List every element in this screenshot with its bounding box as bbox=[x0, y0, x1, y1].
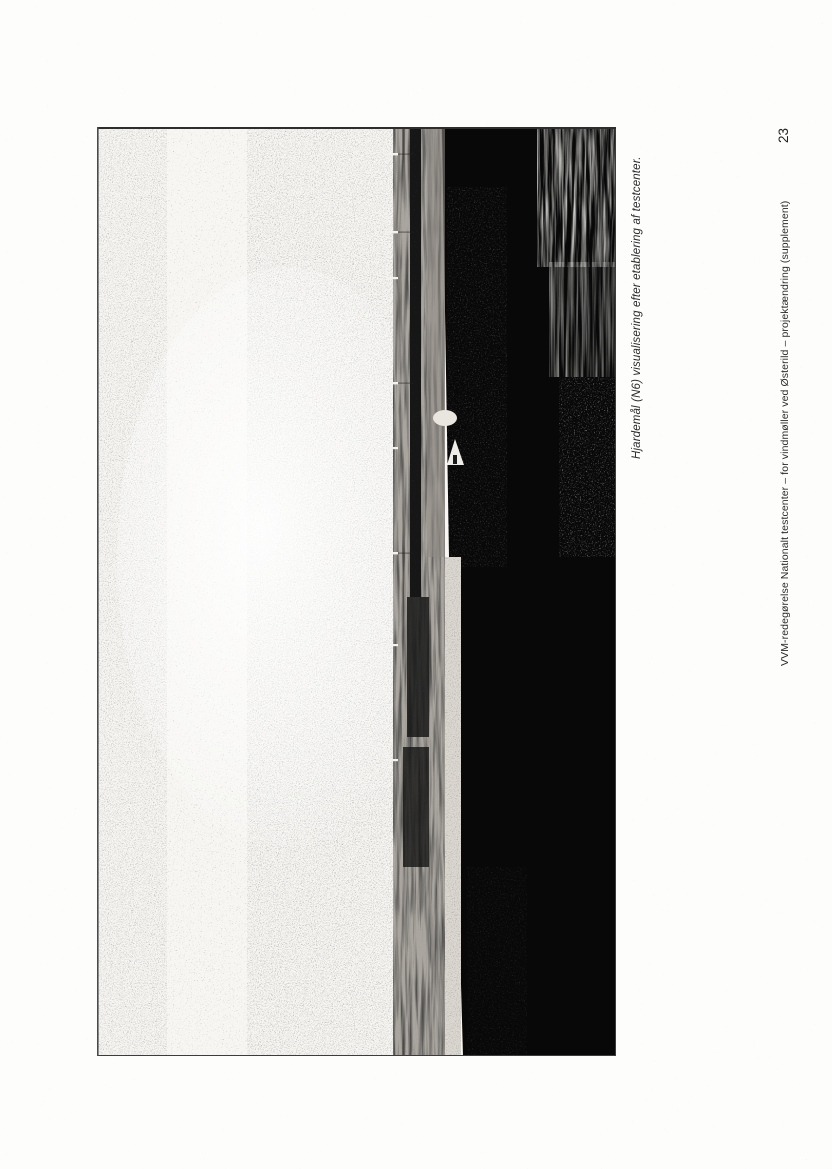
figure-caption: Hjardemål (N6) visualisering efter etabl… bbox=[631, 156, 644, 459]
figure-frame bbox=[97, 127, 616, 1056]
footer-text: VVM-redegørelse Nationalt testcenter – f… bbox=[779, 201, 792, 666]
visualization-photo bbox=[97, 127, 616, 1056]
document-page: Hjardemål (N6) visualisering efter etabl… bbox=[0, 0, 832, 1169]
foreground-ground bbox=[427, 127, 616, 1056]
page-number: 23 bbox=[776, 128, 792, 143]
